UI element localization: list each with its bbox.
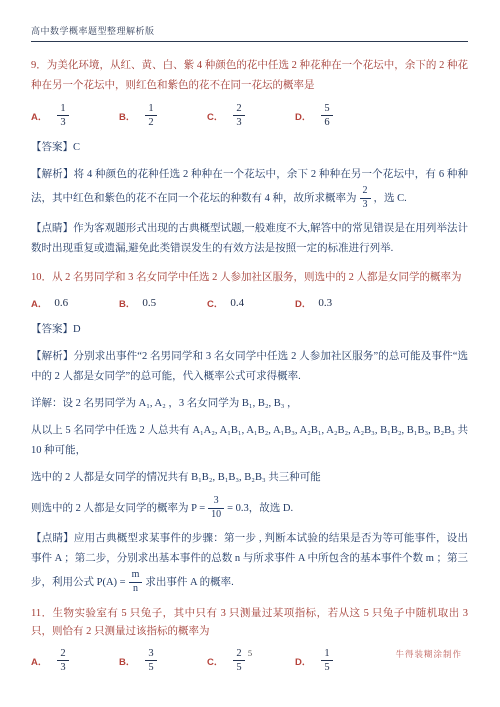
watermark-text: 牛得装糊涂制作: [395, 648, 462, 660]
option-value: 0.5: [142, 297, 156, 309]
tip-text: 求出事件 A 的概率.: [145, 577, 233, 588]
question-10-detail-1: 详解：设 2 名男同学为 A₁, A₂ ，3 名女同学为 B₁, B₂, B₃ …: [31, 394, 468, 414]
question-9-options: A． 13 B． 12 C． 23 D． 56: [31, 101, 468, 131]
fraction: 23: [360, 186, 371, 210]
fraction: 56: [321, 103, 332, 128]
question-10-detail-3: 选中的 2 人都是女同学的情况共有 B₁B₂, B₁B₃, B₂B₃ 共三种可能: [31, 468, 468, 488]
detail-text: 则选中的 2 人都是女同学的概率为 P =: [31, 503, 205, 514]
option-letter: D．: [295, 109, 311, 123]
fraction-numerator: 3: [208, 496, 224, 508]
fraction: mn: [129, 570, 143, 594]
option-b: B． 0.5: [119, 296, 207, 310]
fraction-numerator: 1: [57, 103, 68, 115]
question-9-analysis: 【解析】将 4 种颜色的花种任选 2 种种在一个花坛中，余下 2 种种在另一个花…: [31, 165, 468, 212]
option-letter: B．: [119, 109, 135, 123]
fraction: 13: [57, 103, 68, 128]
fraction-denominator: 3: [233, 115, 244, 128]
fraction-numerator: 2: [360, 186, 371, 198]
fraction-denominator: 6: [321, 115, 332, 128]
fraction: 23: [233, 103, 244, 128]
tip-text: 【点睛】应用古典概型求某事件的步骤：第一步 , 判断本试验的结果是否为等可能事件…: [31, 533, 468, 588]
option-a: A． 13: [31, 102, 119, 130]
option-d: D． 56: [295, 102, 336, 130]
fraction-denominator: 3: [360, 198, 371, 211]
fraction: 310: [208, 496, 224, 520]
option-letter: C．: [207, 296, 223, 310]
fraction-denominator: n: [129, 582, 143, 595]
question-9-tip: 【点睛】作为客观题形式出现的古典概型试题,一般难度不大,解答中的常见错误是在用列…: [31, 219, 468, 259]
fraction-denominator: 3: [57, 115, 68, 128]
question-10-stem: 10．从 2 名男同学和 3 名女同学中任选 2 人参加社区服务，则选中的 2 …: [31, 268, 468, 288]
option-letter: A．: [31, 109, 47, 123]
question-9-stem: 9．为美化环境，从红、黄、白、紫 4 种颜色的花中任选 2 种花种在一个花坛中，…: [31, 56, 468, 96]
option-c: C． 23: [207, 102, 295, 130]
question-10-detail-4: 则选中的 2 人都是女同学的概率为 P =310= 0.3，故选 D.: [31, 495, 468, 522]
document-header-title: 高中数学概率题型整理解析版: [31, 24, 468, 42]
page-footer: 5 牛得装糊涂制作: [0, 648, 500, 664]
fraction-numerator: 1: [145, 103, 156, 115]
fraction-denominator: 2: [145, 115, 156, 128]
detail-text: = 0.3，故选 D.: [227, 503, 293, 514]
fraction: 12: [145, 103, 156, 128]
question-10-options: A． 0.6 B． 0.5 C． 0.4 D． 0.3: [31, 293, 468, 313]
document-page: 高中数学概率题型整理解析版 9．为美化环境，从红、黄、白、紫 4 种颜色的花中任…: [0, 0, 500, 707]
question-10-analysis: 【解析】分别求出事件“2 名男同学和 3 名女同学中任选 2 人参加社区服务”的…: [31, 347, 468, 387]
fraction-numerator: 5: [321, 103, 332, 115]
option-letter: A．: [31, 296, 47, 310]
page-content: 高中数学概率题型整理解析版 9．为美化环境，从红、黄、白、紫 4 种颜色的花中任…: [0, 0, 500, 676]
option-value: 0.4: [230, 297, 244, 309]
option-letter: B．: [119, 296, 135, 310]
option-b: B． 12: [119, 102, 207, 130]
question-11-stem: 11．生物实验室有 5 只兔子，其中只有 3 只测量过某项指标，若从这 5 只兔…: [31, 605, 468, 641]
option-letter: C．: [207, 109, 223, 123]
option-value: 0.3: [318, 297, 332, 309]
option-value: 0.6: [54, 297, 68, 309]
question-9-answer: 【答案】C: [31, 138, 468, 158]
question-10-detail-2: 从以上 5 名同学中任选 2 人总共有 A₁A₂, A₁B₁, A₁B₂, A₁…: [31, 421, 468, 461]
option-d: D． 0.3: [295, 296, 332, 310]
option-c: C． 0.4: [207, 296, 295, 310]
analysis-text: ，选 C.: [374, 193, 407, 204]
fraction-denominator: 10: [208, 508, 224, 521]
question-10-answer: 【答案】D: [31, 320, 468, 340]
option-a: A． 0.6: [31, 296, 119, 310]
question-10-tip: 【点睛】应用古典概型求某事件的步骤：第一步 , 判断本试验的结果是否为等可能事件…: [31, 529, 468, 596]
option-letter: D．: [295, 296, 311, 310]
fraction-numerator: m: [129, 570, 143, 582]
fraction-numerator: 2: [233, 103, 244, 115]
